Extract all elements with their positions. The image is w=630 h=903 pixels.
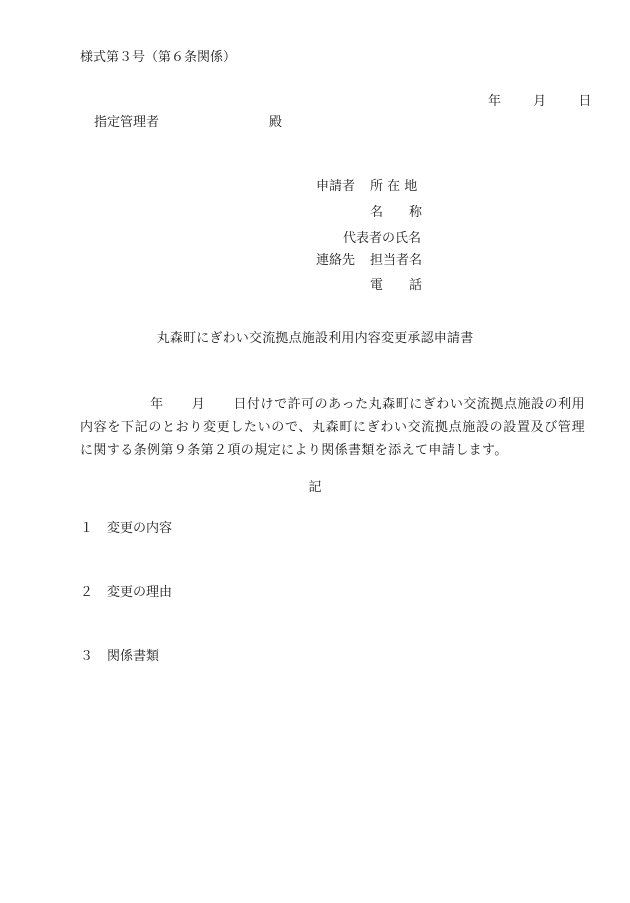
- item-related-documents: ３関係書類: [80, 649, 159, 665]
- item-number: ２: [80, 585, 107, 601]
- representative-field: 代表者の氏名: [343, 231, 421, 247]
- applicant-address-row: 申請者: [316, 179, 355, 195]
- date-line: 年 月 日: [488, 94, 591, 110]
- person-in-charge-field: 担当者名: [370, 253, 422, 269]
- date-month-label: 月: [533, 94, 546, 110]
- form-number: 様式第３号（第６条関係）: [80, 50, 236, 66]
- date-year-label: 年: [488, 94, 501, 110]
- body-paragraph: 年月日付けで許可のあった丸森町にぎわい交流拠点施設の利用内容を下記のとおり変更し…: [80, 393, 585, 462]
- addressee-honorific: 殿: [269, 115, 282, 131]
- item-label: 変更の内容: [107, 521, 172, 536]
- name-label: 名 称: [370, 205, 422, 220]
- phone-field: 電 話: [370, 278, 422, 294]
- person-in-charge-label: 担当者名: [370, 253, 422, 268]
- document-title: 丸森町にぎわい交流拠点施設利用内容変更承認申請書: [0, 331, 630, 347]
- contact-row: 連絡先: [316, 253, 355, 269]
- item-label: 変更の理由: [107, 585, 172, 600]
- contact-label: 連絡先: [316, 253, 355, 268]
- body-month-label: 月: [192, 397, 206, 412]
- addressee-recipient: 指定管理者: [94, 115, 159, 130]
- phone-label: 電 話: [370, 278, 422, 293]
- item-number: ３: [80, 649, 107, 665]
- address-label: 所 在 地: [370, 179, 417, 194]
- body-year-label: 年: [150, 397, 164, 412]
- item-number: １: [80, 521, 107, 537]
- address-field: 所 在 地: [370, 179, 417, 195]
- item-label: 関係書類: [107, 649, 159, 664]
- item-change-reason: ２変更の理由: [80, 585, 172, 601]
- date-day-label: 日: [578, 94, 591, 110]
- addressee-line: 指定管理者 殿: [94, 115, 159, 131]
- name-field: 名 称: [370, 205, 422, 221]
- representative-label: 代表者の氏名: [343, 231, 421, 246]
- applicant-label: 申請者: [316, 179, 355, 194]
- note-mark: 記: [0, 480, 630, 496]
- item-change-content: １変更の内容: [80, 521, 172, 537]
